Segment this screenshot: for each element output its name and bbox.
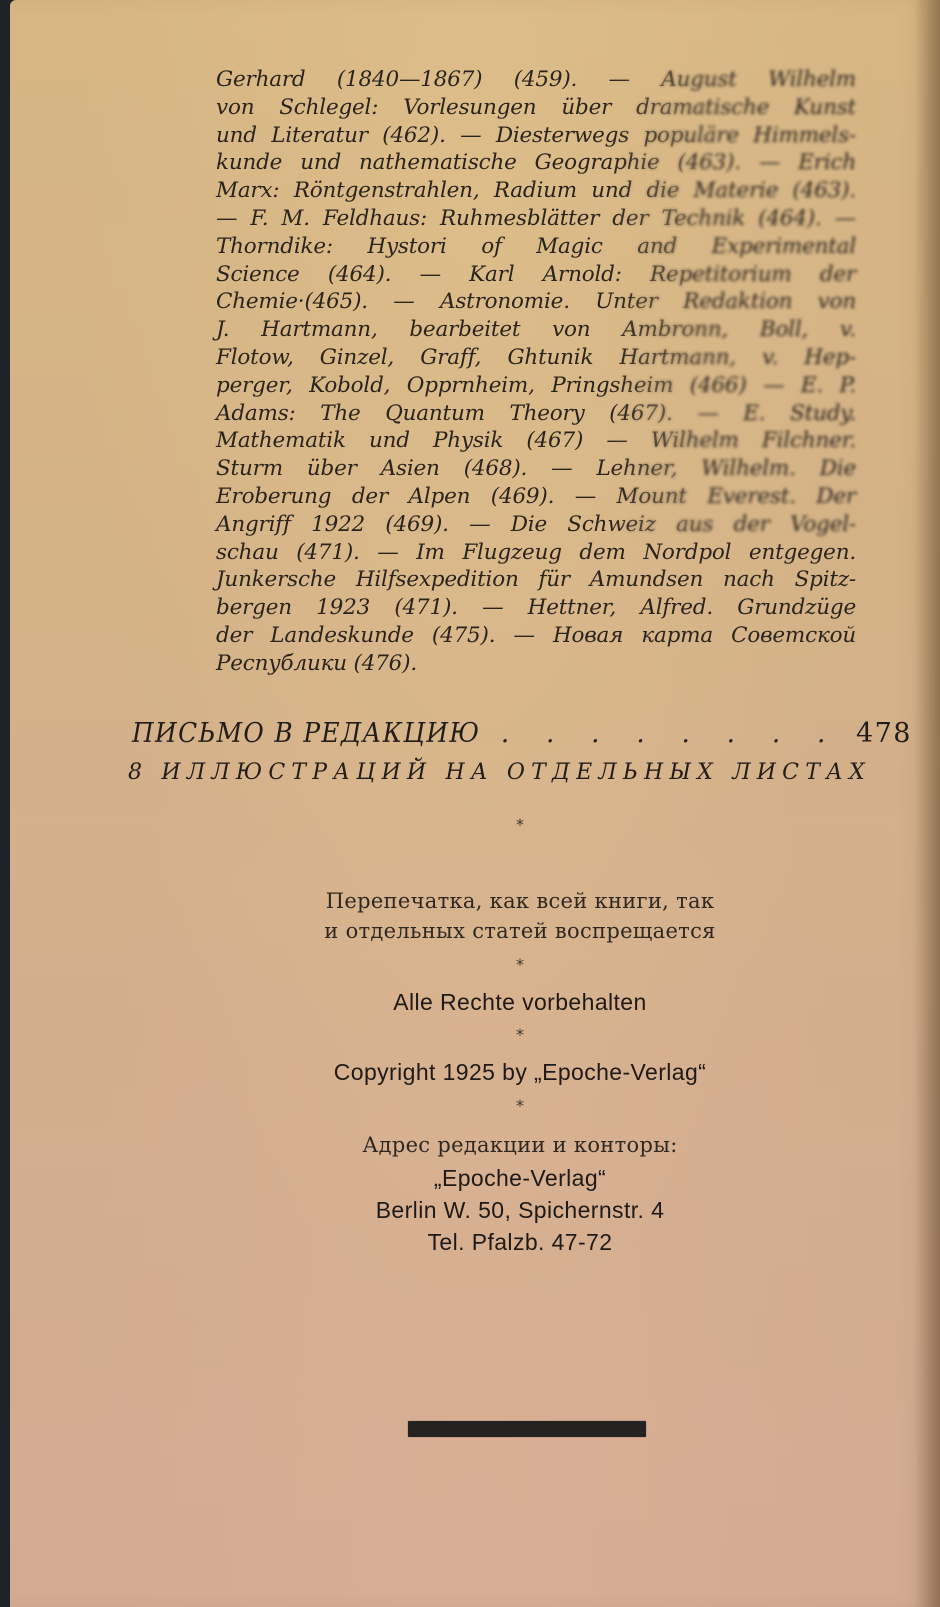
contents-line: Sturm über Asien (468). — Lehner, Wilhel… — [216, 455, 856, 483]
reprint-notice-line-2: и отдельных статей воспрещается — [210, 916, 830, 946]
contents-line: Science (464). — Karl Arnold: Repetitori… — [216, 261, 856, 289]
toc-page-number: 478 — [856, 718, 912, 749]
contents-line: — F. M. Feldhaus: Ruhmesblätter der Tech… — [216, 205, 856, 233]
toc-dot-leader: . . . . . . . . . . . . . . . . . . . . — [501, 718, 850, 749]
reprint-notice: Перепечатка, как всей книги, так и отдел… — [210, 886, 830, 946]
copyright-line: Copyright 1925 by „Epoche-Verlag“ — [210, 1056, 830, 1088]
publisher-phone: Tel. Pfalzb. 47-72 — [210, 1226, 830, 1258]
contents-line: kunde und nathematische Geographie (463)… — [216, 149, 856, 177]
contents-line: Mathematik und Physik (467) — Wilhelm Fi… — [216, 427, 856, 455]
page-gutter-shadow — [914, 0, 940, 1607]
contents-line: Gerhard (1840—1867) (459). — August Wilh… — [216, 66, 856, 94]
publisher-street: Berlin W. 50, Spichernstr. 4 — [210, 1194, 830, 1226]
reprint-notice-line-1: Перепечатка, как всей книги, так — [210, 886, 830, 916]
toc-entry-title: ПИСЬМО В РЕДАКЦИЮ — [132, 718, 480, 749]
address-label: Адрес редакции и конторы: — [210, 1128, 830, 1162]
contents-line: Eroberung der Alpen (469). — Mount Evere… — [216, 483, 856, 511]
contents-line: Adams: The Quantum Theory (467). — E. St… — [216, 400, 856, 428]
publisher-name: „Epoche-Verlag“ — [210, 1162, 830, 1194]
contents-line: Chemie·(465). — Astronomie. Unter Redakt… — [216, 288, 856, 316]
asterisk-ornament: * — [516, 955, 524, 974]
asterisk-ornament: * — [516, 815, 524, 834]
publisher-address: Адрес редакции и конторы: „Epoche-Verlag… — [210, 1128, 830, 1258]
toc-entry-letter-to-editor: ПИСЬМО В РЕДАКЦИЮ . . . . . . . . . . . … — [132, 718, 912, 749]
contents-line: J. Hartmann, bearbeitet von Ambronn, Bol… — [216, 316, 856, 344]
contents-line: Республики (476). — [216, 650, 856, 678]
table-of-contents-continuation: Gerhard (1840—1867) (459). — August Wilh… — [216, 66, 856, 678]
contents-line: der Landeskunde (475). — Новая карта Сов… — [216, 622, 856, 650]
contents-line: und Literatur (462). — Diesterwegs popul… — [216, 122, 856, 150]
contents-line: schau (471). — Im Flugzeug dem Nordpol e… — [216, 539, 856, 567]
contents-line: Junkersche Hilfsexpedition für Amundsen … — [216, 566, 856, 594]
illustrations-note: 8 ИЛЛЮСТРАЦИЙ НА ОТДЕЛЬНЫХ ЛИСТАХ — [128, 760, 914, 785]
end-rule — [408, 1421, 646, 1437]
contents-line: Angriff 1922 (469). — Die Schweiz aus de… — [216, 511, 856, 539]
separator-star: * — [210, 1096, 830, 1116]
separator-star: * — [210, 815, 830, 835]
contents-line: bergen 1923 (471). — Hettner, Alfred. Gr… — [216, 594, 856, 622]
contents-line: Thorndike: Hystori of Magic and Experime… — [216, 233, 856, 261]
contents-line: Flotow, Ginzel, Graff, Ghtunik Hartmann,… — [216, 344, 856, 372]
contents-line: perger, Kobold, Opprnheim, Pringsheim (4… — [216, 372, 856, 400]
separator-star: * — [210, 1025, 830, 1045]
book-page: Gerhard (1840—1867) (459). — August Wilh… — [10, 0, 940, 1607]
asterisk-ornament: * — [516, 1096, 524, 1115]
separator-star: * — [210, 955, 830, 975]
contents-line: von Schlegel: Vorlesungen über dramatisc… — [216, 94, 856, 122]
rights-reserved: Alle Rechte vorbehalten — [210, 986, 830, 1018]
asterisk-ornament: * — [516, 1025, 524, 1044]
contents-line: Marx: Röntgenstrahlen, Radium und die Ma… — [216, 177, 856, 205]
